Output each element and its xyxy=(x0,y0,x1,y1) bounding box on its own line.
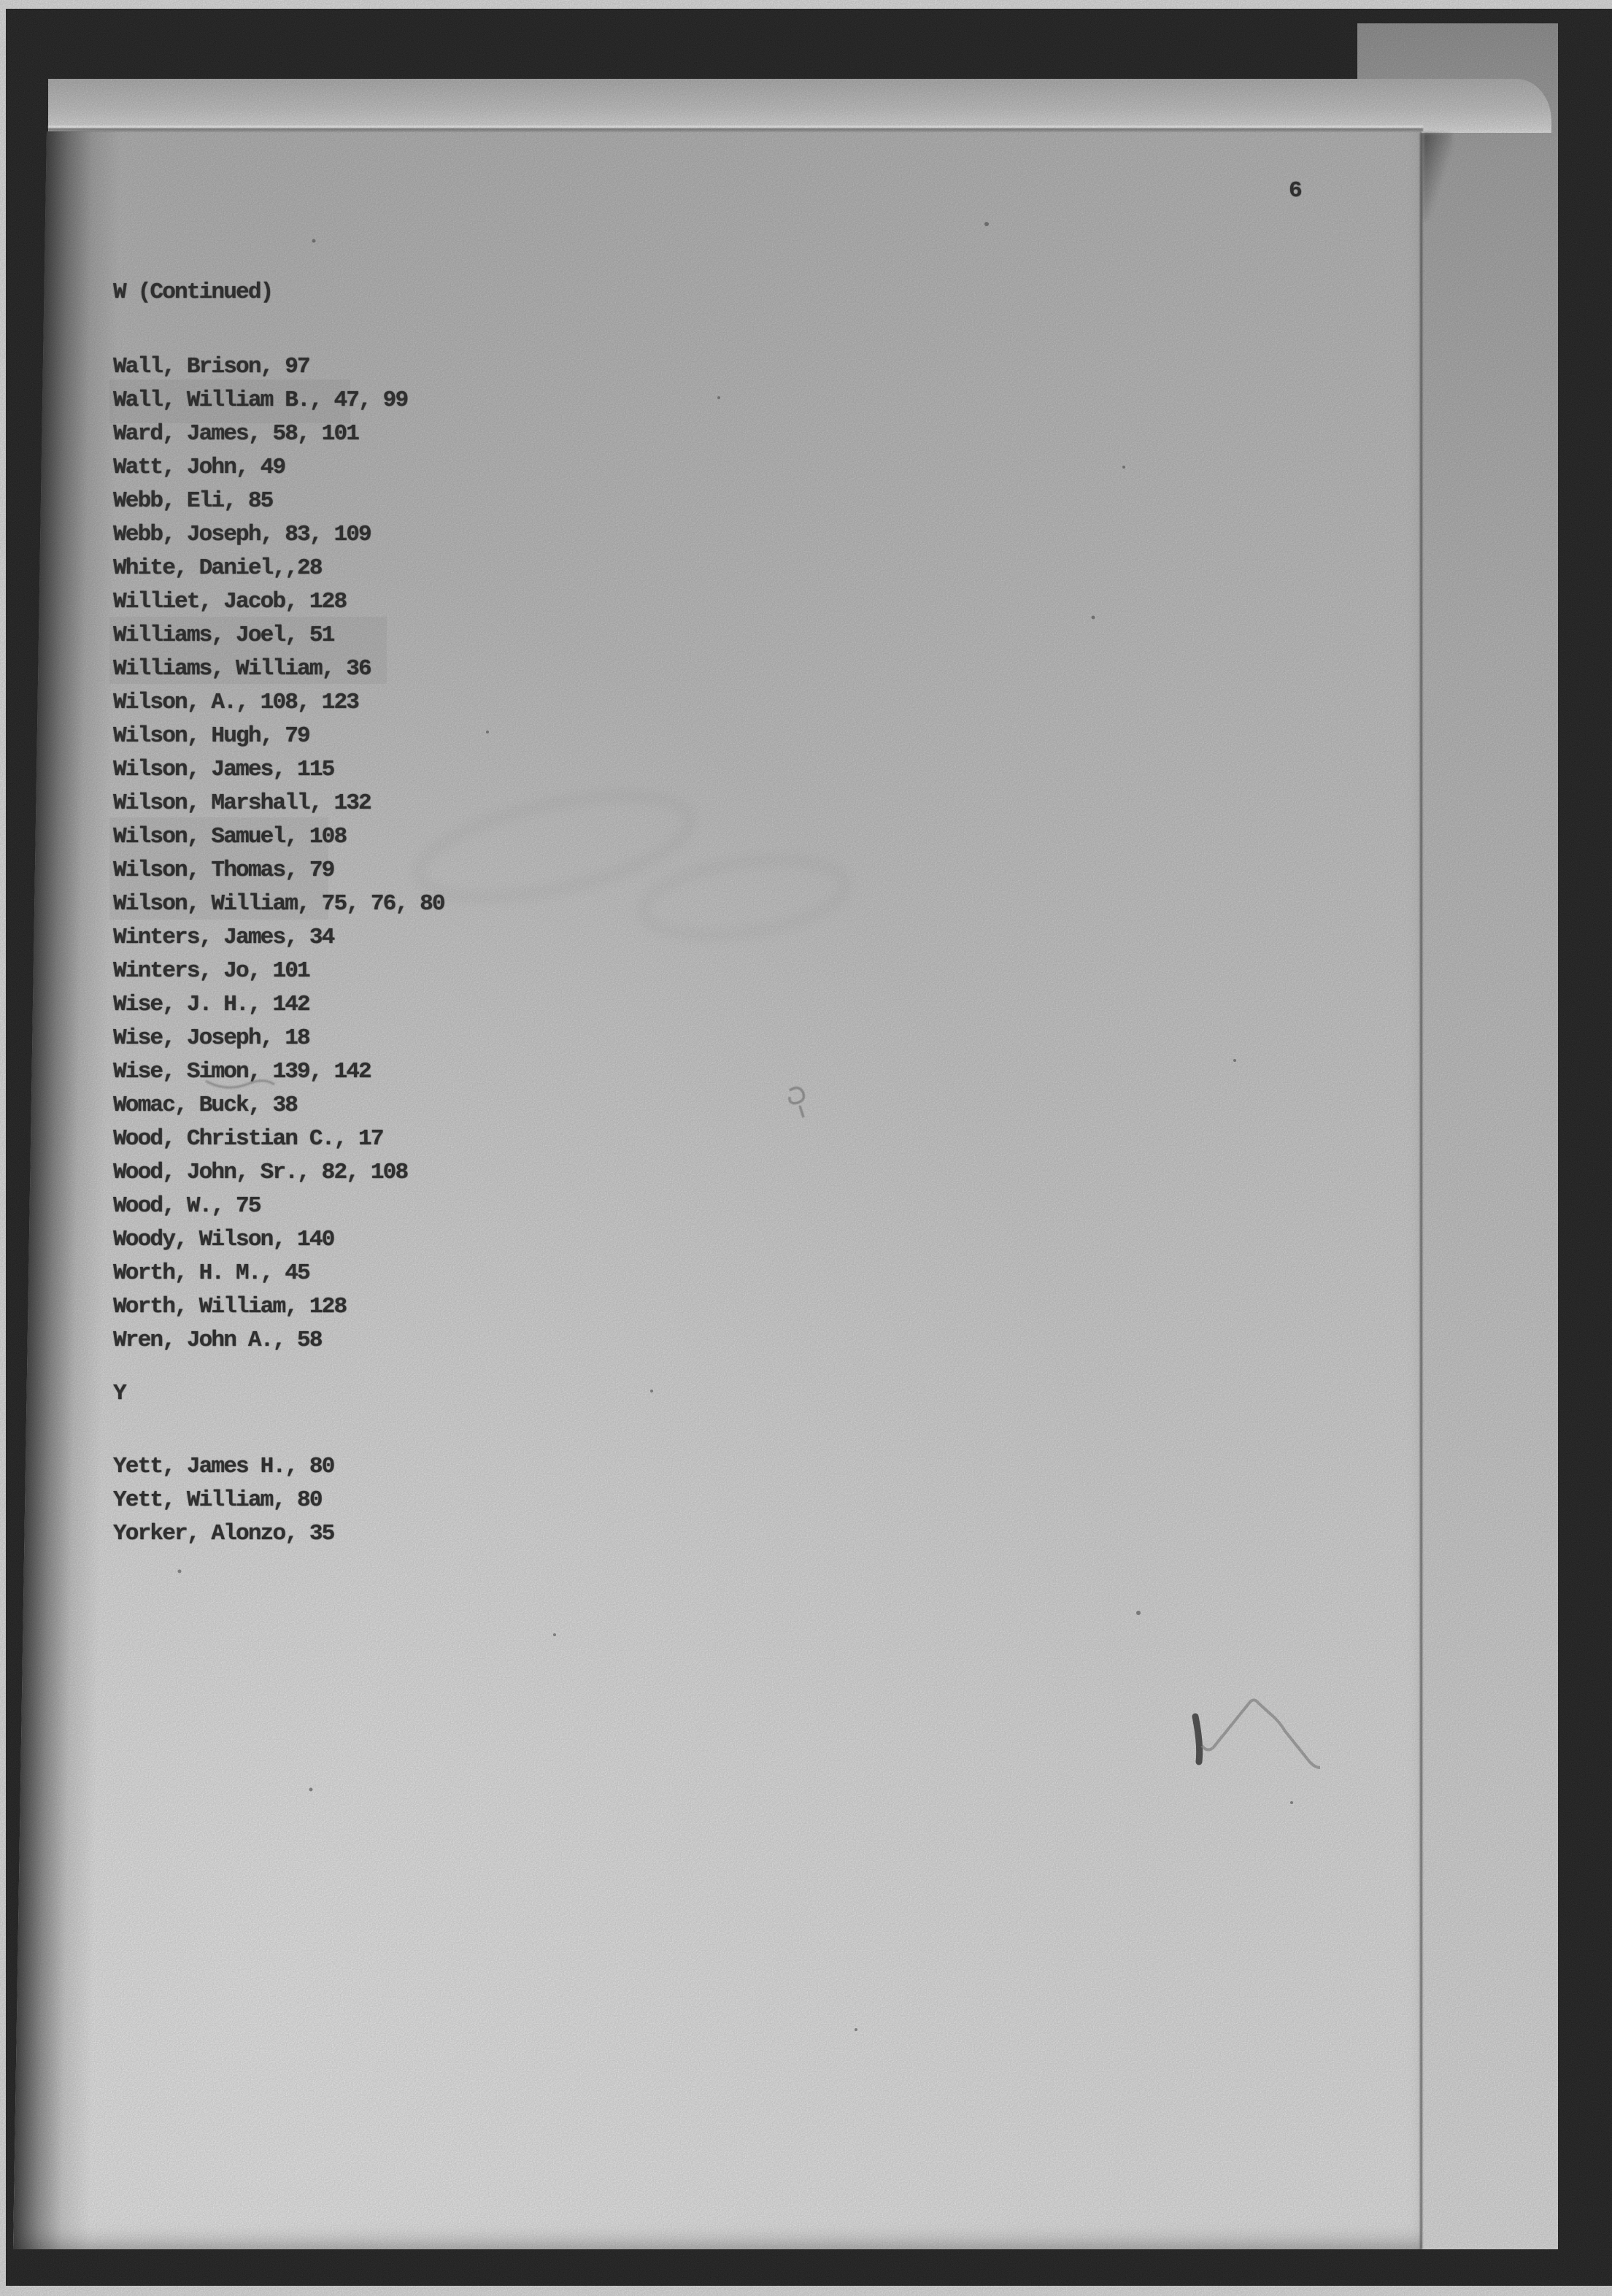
index-list-w: Wall, Brison, 97Wall, William B., 47, 99… xyxy=(113,350,444,1357)
index-list-y: Yett, James H., 80Yett, William, 80Yorke… xyxy=(113,1450,333,1551)
index-entry: Wise, Joseph, 18 xyxy=(113,1022,444,1055)
index-entry: Williams, William, 36 xyxy=(113,652,444,686)
index-entry: Winters, James, 34 xyxy=(113,921,444,955)
index-entry: Wilson, James, 115 xyxy=(113,753,444,787)
index-entry: Webb, Eli, 85 xyxy=(113,485,444,518)
index-entry: Watt, John, 49 xyxy=(113,451,444,485)
index-entry: Webb, Joseph, 83, 109 xyxy=(113,518,444,552)
index-entry: Wilson, Hugh, 79 xyxy=(113,720,444,753)
index-entry: Wall, William B., 47, 99 xyxy=(113,384,444,417)
index-entry: Wilson, William, 75, 76, 80 xyxy=(113,887,444,921)
page-top-curl xyxy=(48,79,1551,133)
section-heading-y: Y xyxy=(113,1381,126,1406)
index-entry: Worth, William, 128 xyxy=(113,1290,444,1324)
index-entry: Yett, William, 80 xyxy=(113,1484,333,1517)
index-entry: Williet, Jacob, 128 xyxy=(113,585,444,619)
index-entry: Winters, Jo, 101 xyxy=(113,955,444,988)
index-entry: Ward, James, 58, 101 xyxy=(113,417,444,451)
page-top-crease xyxy=(48,126,1423,132)
index-entry: Wilson, Marshall, 132 xyxy=(113,787,444,820)
index-entry: Wood, John, Sr., 82, 108 xyxy=(113,1156,444,1190)
index-entry: Worth, H. M., 45 xyxy=(113,1257,444,1290)
page-fold-line xyxy=(1420,133,1422,2249)
index-entry: Wilson, A., 108, 123 xyxy=(113,686,444,720)
index-entry: Wise, J. H., 142 xyxy=(113,988,444,1022)
index-entry: Williams, Joel, 51 xyxy=(113,619,444,652)
index-entry: Yett, James H., 80 xyxy=(113,1450,333,1484)
index-entry: Wren, John A., 58 xyxy=(113,1324,444,1357)
index-entry: Yorker, Alonzo, 35 xyxy=(113,1517,333,1551)
page-number: 6 xyxy=(1289,178,1301,204)
index-entry: Woody, Wilson, 140 xyxy=(113,1223,444,1257)
index-entry: Womac, Buck, 38 xyxy=(113,1089,444,1122)
fold-shadow xyxy=(1423,133,1452,220)
index-entry: Wilson, Thomas, 79 xyxy=(113,854,444,887)
index-entry: Wise, Simon, 139, 142 xyxy=(113,1055,444,1089)
index-entry: Wall, Brison, 97 xyxy=(113,350,444,384)
index-entry: Wood, Christian C., 17 xyxy=(113,1122,444,1156)
index-entry: White, Daniel,,28 xyxy=(113,552,444,585)
index-entry: Wood, W., 75 xyxy=(113,1190,444,1223)
index-entry: Wilson, Samuel, 108 xyxy=(113,820,444,854)
section-heading-w: W (Continued) xyxy=(113,280,272,305)
